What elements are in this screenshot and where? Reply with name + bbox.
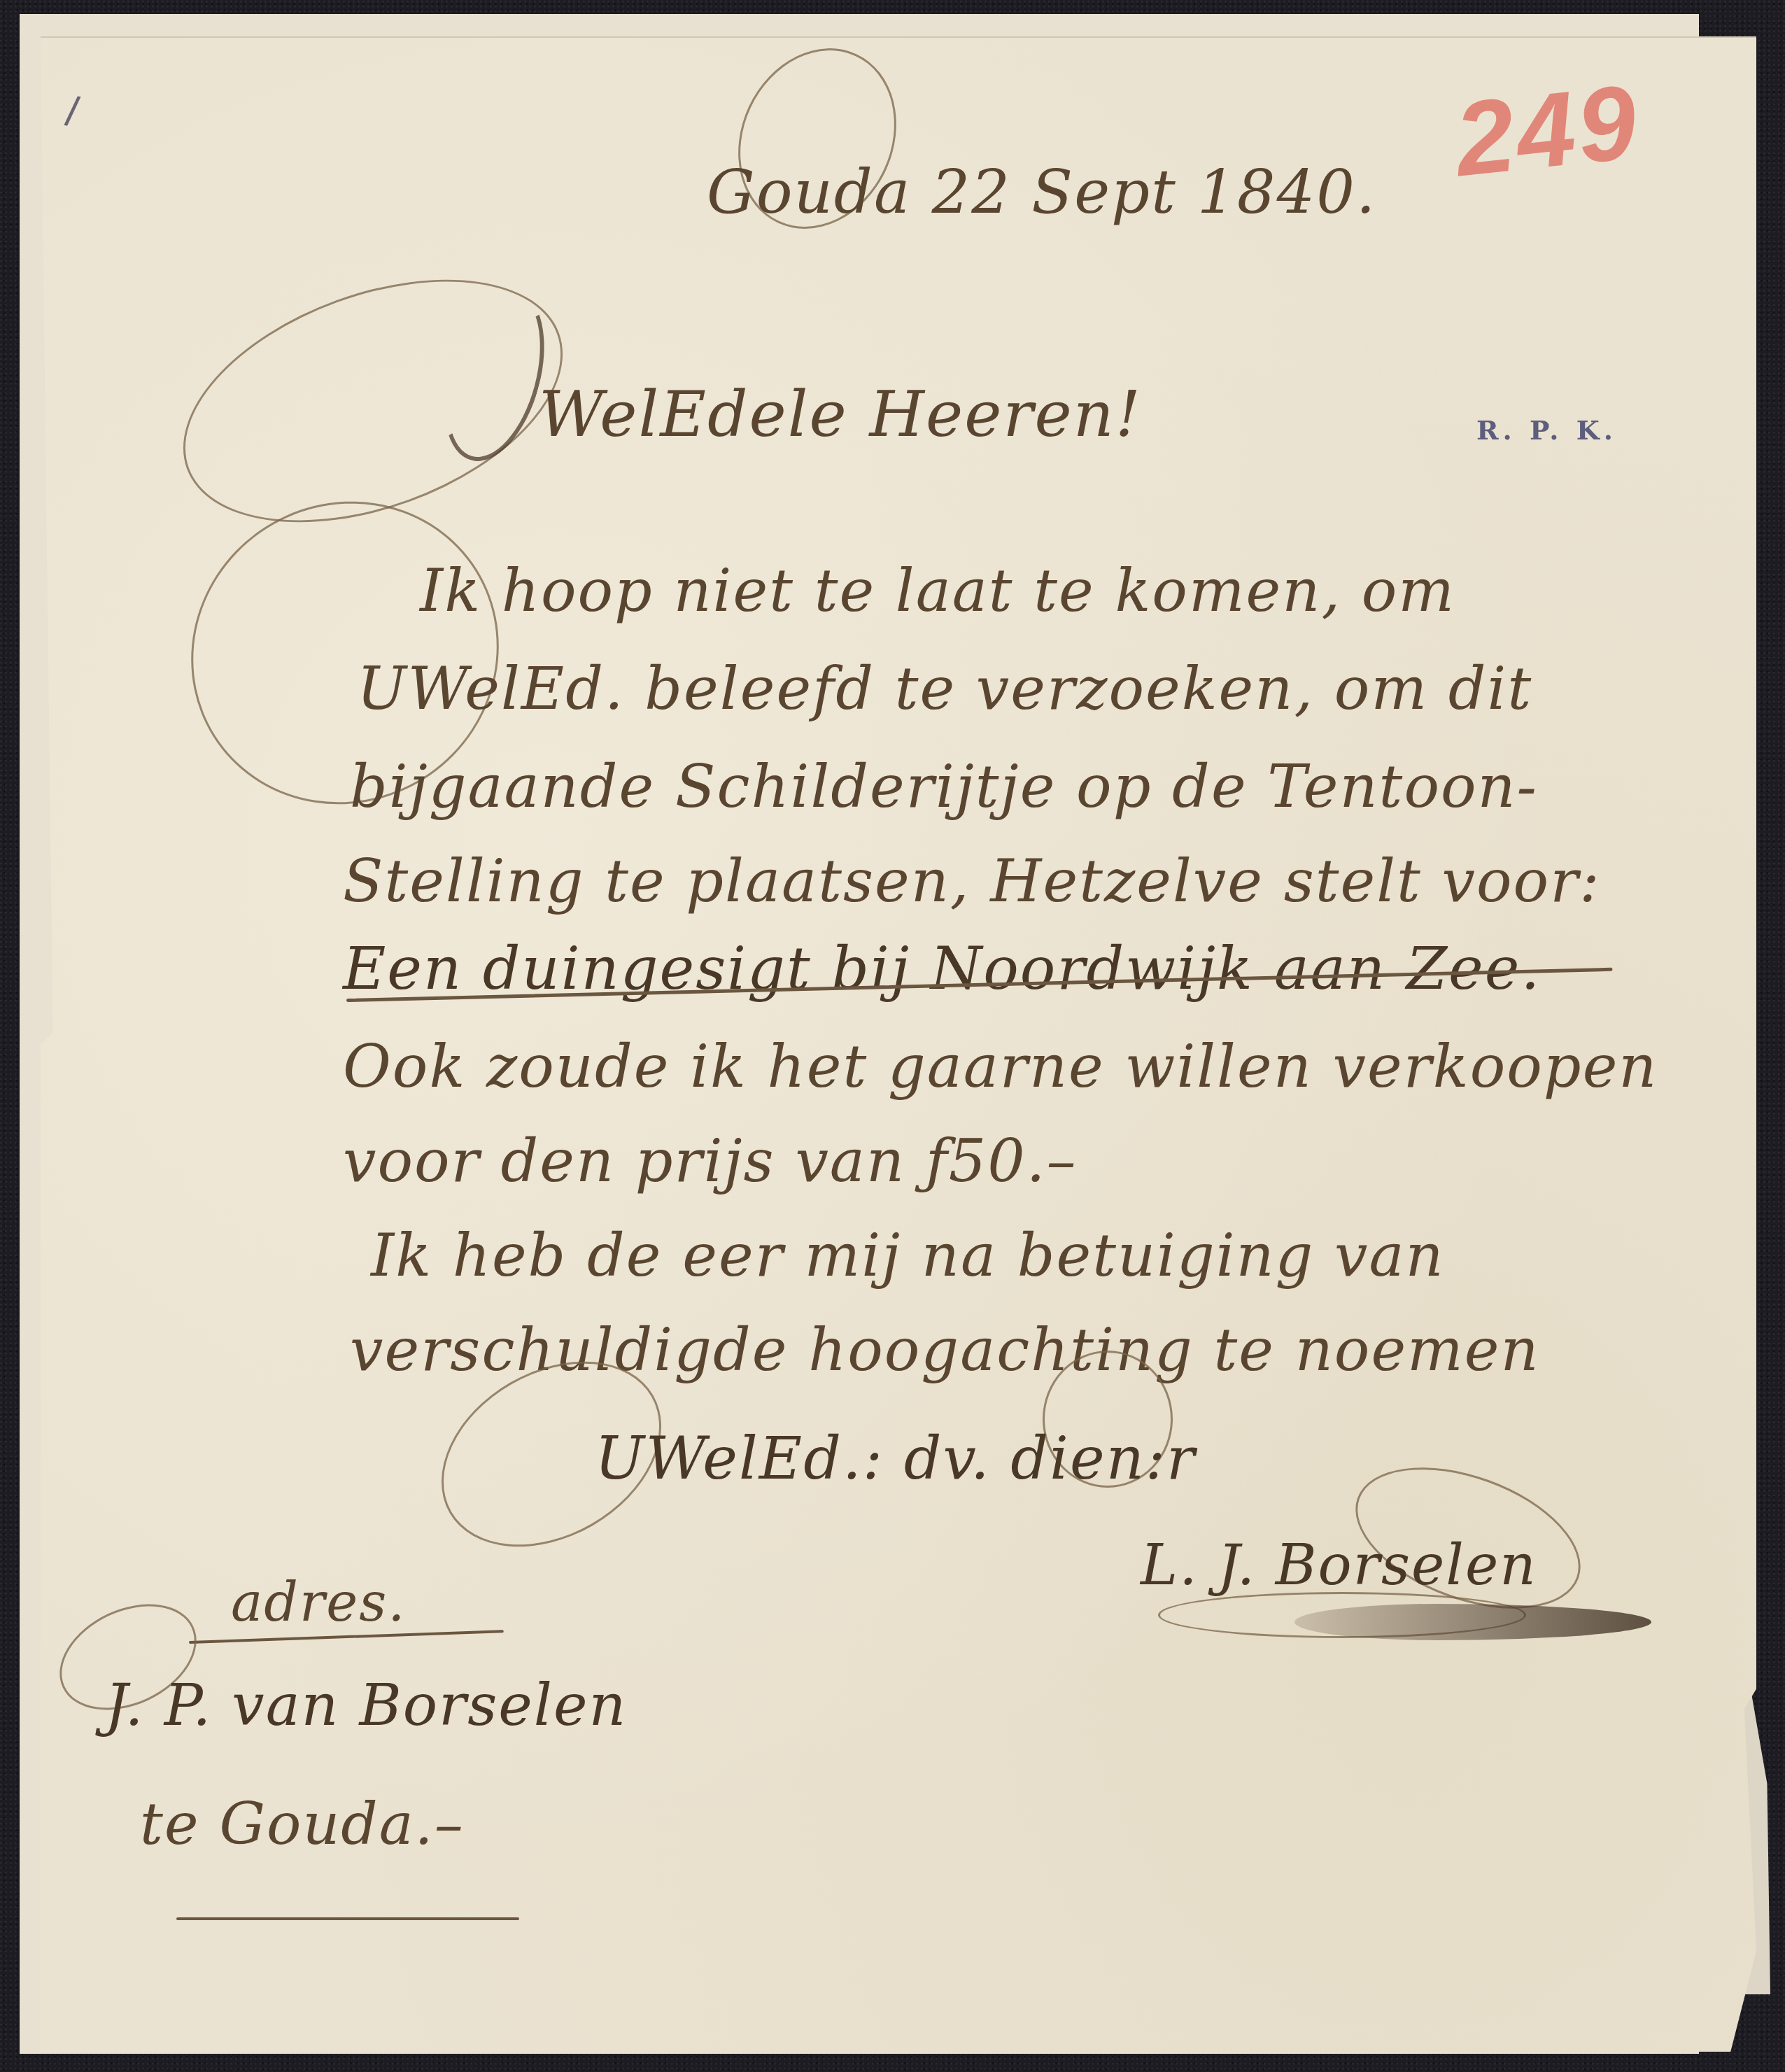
address-label: adres. [231,1571,406,1633]
rpk-stamp: R. P. K. [1476,414,1617,446]
dateline: Gouda 22 Sept 1840. [707,157,1376,227]
body-line-2: UWelEd. beleefd te verzoeken, om dit [357,654,1532,723]
body-line-6: Ook zoude ik het gaarne willen verkoopen [343,1032,1658,1101]
closing-phrase: UWelEd.: dv. dien:r [595,1424,1196,1493]
body-line-5-painting-title: Een duingesigt bij Noordwijk aan Zee. [343,934,1541,1003]
body-line-3: bijgaande Schilderijtje op de Tentoon- [350,752,1538,821]
body-line-1: Ik hoop niet te laat te komen, om [420,556,1455,625]
folio-number: 249 [1450,61,1645,200]
body-line-7-price: voor den prijs van ƒ50.– [343,1127,1077,1195]
address-bottom-rule [176,1917,519,1920]
address-place: te Gouda.– [140,1791,465,1858]
address-name: J. P. van Borselen [105,1672,627,1739]
sheet-top-edge [41,36,1756,38]
salutation: WelEdele Heeren! [539,378,1142,451]
body-line-8: Ik heb de eer mij na betuiging van [371,1221,1445,1290]
body-line-4: Stelling te plaatsen, Hetzelve stelt voo… [343,847,1601,915]
signature: L. J. Borselen [1141,1532,1537,1598]
